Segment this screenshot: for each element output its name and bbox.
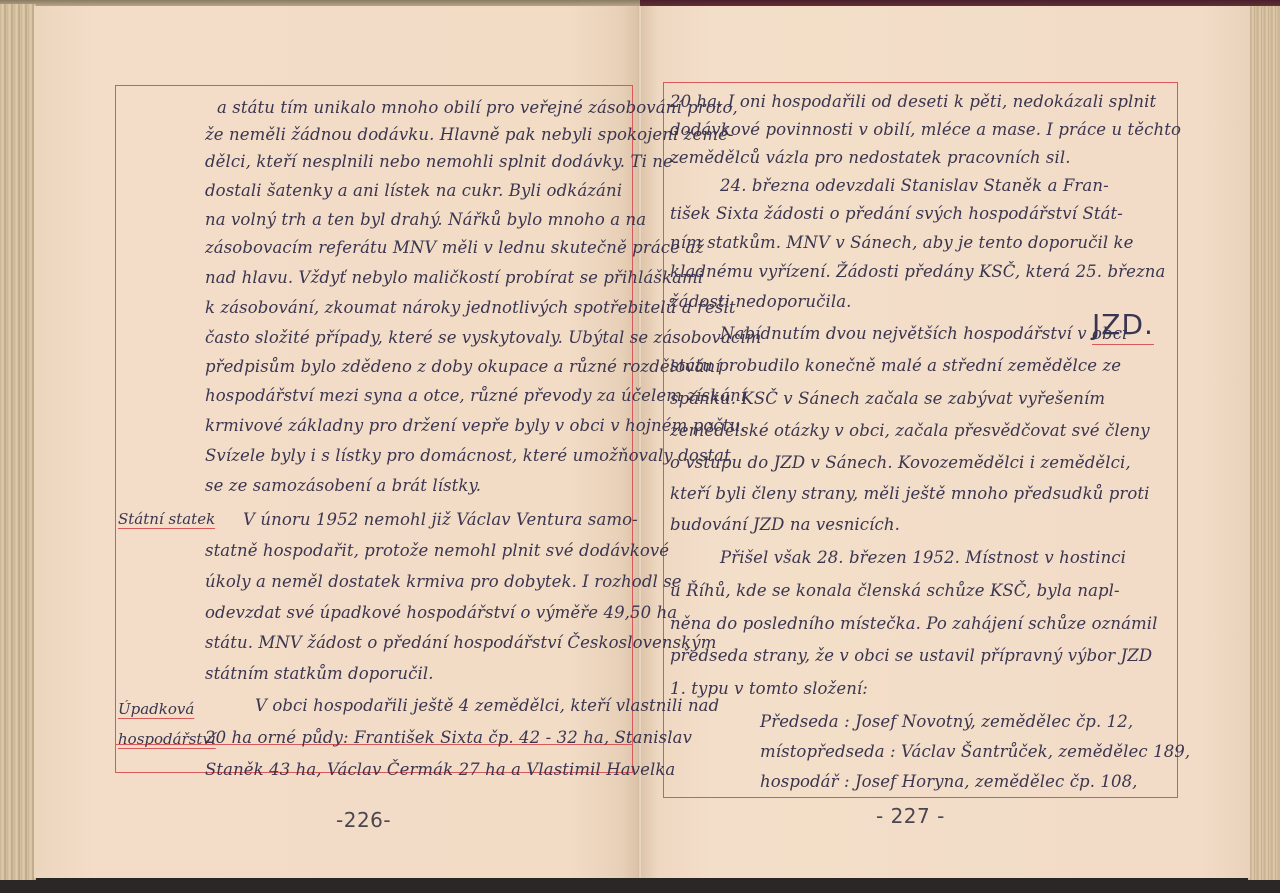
text-line: státu probudilo konečně malé a střední z… [670, 356, 1121, 375]
text-line: předseda strany, že v obci se ustavil př… [670, 646, 1152, 665]
left-page-stack [0, 4, 36, 882]
text-line: 24. března odevzdali Stanislav Staněk a … [720, 176, 1109, 195]
text-line: zemědělců vázla pro nedostatek pracovníc… [670, 148, 1071, 167]
text-line: tišek Sixta žádosti o předání svých hosp… [670, 204, 1123, 223]
text-line: nad hlavu. Vždyť nebylo maličkostí probí… [205, 268, 703, 287]
text-line: zemědělské otázky v obci, začala přesvěd… [670, 421, 1150, 440]
text-line: odevzdat své úpadkové hospodářství o vým… [205, 603, 677, 622]
right-page-stack [1248, 6, 1280, 882]
text-line: kteří byli členy strany, měli ještě mnoh… [670, 484, 1150, 503]
text-line: že neměli žádnou dodávku. Hlavně pak neb… [205, 125, 734, 144]
text-line: V obci hospodařili ještě 4 zemědělci, kt… [255, 696, 719, 715]
text-line: budování JZD na vesnicích. [670, 515, 900, 534]
text-line: o vstupu do JZD v Sánech. Kovozemědělci … [670, 453, 1131, 472]
text-line: dostali šatenky a ani lístek na cukr. By… [205, 181, 622, 200]
page-number-left: -226- [336, 808, 391, 832]
text-line: státu. MNV žádost o předání hospodářství… [205, 633, 716, 652]
text-line: Svízele byly i s lístky pro domácnost, k… [205, 446, 731, 465]
text-line: hospodář : Josef Horyna, zemědělec čp. 1… [760, 772, 1138, 791]
text-line: ním statkům. MNV v Sánech, aby je tento … [670, 233, 1134, 252]
text-line: V únoru 1952 nemohl již Václav Ventura s… [243, 510, 638, 529]
text-line: hospodářství mezi syna a otce, různé pře… [205, 386, 746, 405]
side-note-statni-statek: Státní statek [118, 510, 215, 528]
text-line: žádosti nedoporučila. [670, 292, 852, 311]
text-line: státním statkům doporučil. [205, 664, 434, 683]
text-line: často složité případy, které se vyskytov… [205, 328, 761, 347]
text-line: u Říhů, kde se konala členská schůze KSČ… [670, 581, 1120, 600]
text-line: něna do posledního místečka. Po zahájení… [670, 614, 1158, 633]
text-line: zásobovacím referátu MNV měli v lednu sk… [205, 238, 704, 257]
text-line: k zásobování, zkoumat nároky jednotlivýc… [205, 298, 736, 317]
text-line: krmivové základny pro držení vepře byly … [205, 416, 746, 435]
text-line: statně hospodařit, protože nemohl plnit … [205, 541, 669, 560]
text-line: úkoly a neměl dostatek krmiva pro dobyte… [205, 572, 682, 591]
text-line: spánku. KSČ v Sánech začala se zabývat v… [670, 389, 1105, 408]
text-line: 20 ha. I oni hospodařili od deseti k pět… [670, 92, 1156, 111]
text-line: Nabídnutím dvou největších hospodářství … [720, 324, 1127, 343]
side-note-upadkova: Úpadková [118, 700, 194, 718]
side-note-hospodarstvi: hospodářství [118, 730, 216, 748]
text-line: 1. typu v tomto složení: [670, 679, 868, 698]
text-line: dodávkové povinnosti v obilí, mléce a ma… [670, 120, 1181, 139]
text-line: se ze samozásobení a brát lístky. [205, 476, 481, 495]
text-line: kladnému vyřízení. Žádosti předány KSČ, … [670, 262, 1165, 281]
text-line: předpisům bylo zdědeno z doby okupace a … [205, 357, 721, 376]
text-line: a státu tím unikalo mnoho obilí pro veře… [217, 98, 738, 117]
text-line: Přišel však 28. březen 1952. Místnost v … [720, 548, 1126, 567]
background-surface [0, 880, 1280, 893]
text-line: dělci, kteří nesplnili nebo nemohli spln… [205, 152, 679, 171]
text-line: Předseda : Josef Novotný, zemědělec čp. … [760, 712, 1133, 731]
text-line: místopředseda : Václav Šantrůček, zemědě… [760, 742, 1190, 761]
text-line: na volný trh a ten byl drahý. Nářků bylo… [205, 210, 646, 229]
text-line: Staněk 43 ha, Václav Čermák 27 ha a Vlas… [205, 760, 675, 779]
text-line: 20 ha orné půdy: František Sixta čp. 42 … [205, 728, 692, 747]
page-number-right: - 227 - [876, 804, 945, 828]
open-book: Státní statek Úpadková hospodářství a st… [0, 0, 1280, 893]
